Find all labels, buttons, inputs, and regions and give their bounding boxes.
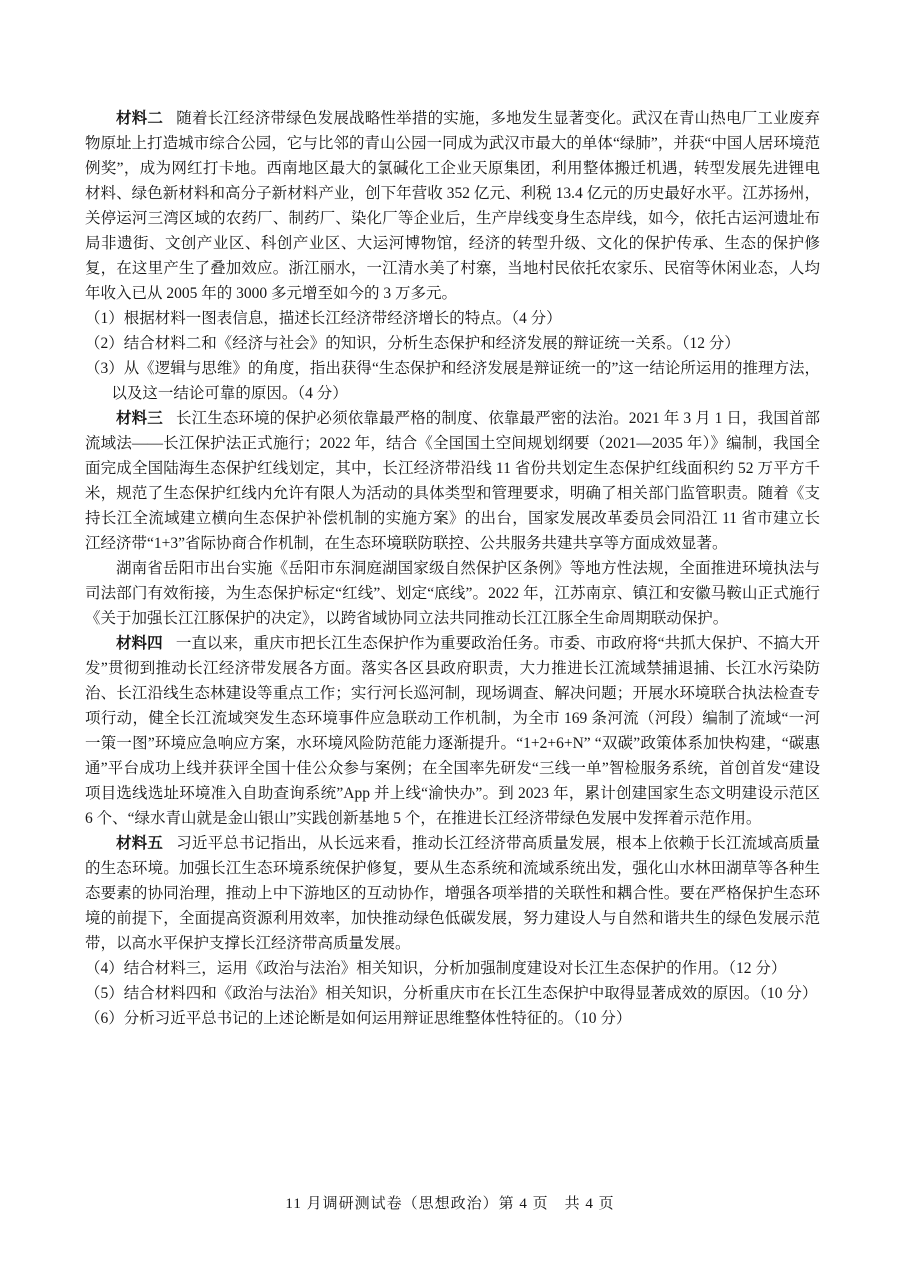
material-label: 材料四: [116, 635, 163, 652]
material-text: 习近平总书记指出，从长远来看，推动长江经济带高质量发展，根本上依赖于长江流域高质…: [85, 835, 820, 952]
question-text: （2）结合材料二和《经济与社会》的知识，分析生态保护和经济发展的辩证统一关系。（…: [85, 335, 740, 352]
question-item: （6）分析习近平总书记的上述论断是如何运用辩证思维整体性特征的。（10 分）: [85, 1006, 820, 1031]
material-paragraph: 材料三长江生态环境的保护必须依靠最严格的制度、依靠最严密的法治。2021 年 3…: [85, 406, 820, 556]
material-label: 材料五: [116, 835, 163, 852]
material-paragraph: 湖南省岳阳市出台实施《岳阳市东洞庭湖国家级自然保护区条例》等地方性法规，全面推进…: [85, 556, 820, 631]
material-text: 长江生态环境的保护必须依靠最严格的制度、依靠最严密的法治。2021 年 3 月 …: [85, 410, 820, 552]
material-label: 材料二: [116, 110, 163, 127]
question-item: （2）结合材料二和《经济与社会》的知识，分析生态保护和经济发展的辩证统一关系。（…: [85, 331, 820, 356]
question-text: （1）根据材料一图表信息，描述长江经济带经济增长的特点。（4 分）: [85, 310, 562, 327]
question-text: （6）分析习近平总书记的上述论断是如何运用辩证思维整体性特征的。（10 分）: [85, 1010, 631, 1027]
material-paragraph: 材料四一直以来，重庆市把长江生态保护作为重要政治任务。市委、市政府将“共抓大保护…: [85, 631, 820, 831]
question-text: （5）结合材料四和《政治与法治》相关知识，分析重庆市在长江生态保护中取得显著成效…: [85, 985, 817, 1002]
question-item: （4）结合材料三，运用《政治与法治》相关知识，分析加强制度建设对长江生态保护的作…: [85, 956, 820, 981]
material-paragraph: 材料二随着长江经济带绿色发展战略性举措的实施，多地发生显著变化。武汉在青山热电厂…: [85, 106, 820, 306]
page-footer: 11 月调研测试卷（思想政治）第 4 页 共 4 页: [0, 1192, 900, 1213]
material-paragraph: 材料五习近平总书记指出，从长远来看，推动长江经济带高质量发展，根本上依赖于长江流…: [85, 831, 820, 956]
material-text: 湖南省岳阳市出台实施《岳阳市东洞庭湖国家级自然保护区条例》等地方性法规，全面推进…: [85, 560, 820, 627]
question-text: （4）结合材料三，运用《政治与法治》相关知识，分析加强制度建设对长江生态保护的作…: [85, 960, 786, 977]
document-body: 材料二随着长江经济带绿色发展战略性举措的实施，多地发生显著变化。武汉在青山热电厂…: [85, 106, 820, 1031]
exam-page: 材料二随着长江经济带绿色发展战略性举措的实施，多地发生显著变化。武汉在青山热电厂…: [0, 0, 900, 1272]
question-item: （1）根据材料一图表信息，描述长江经济带经济增长的特点。（4 分）: [85, 306, 820, 331]
material-text: 随着长江经济带绿色发展战略性举措的实施，多地发生显著变化。武汉在青山热电厂工业废…: [85, 110, 820, 302]
question-item: （5）结合材料四和《政治与法治》相关知识，分析重庆市在长江生态保护中取得显著成效…: [85, 981, 820, 1006]
material-label: 材料三: [116, 410, 163, 427]
footer-text: 11 月调研测试卷（思想政治）第 4 页 共 4 页: [285, 1196, 614, 1212]
question-text: （3）从《逻辑与思维》的角度，指出获得“生态保护和经济发展是辩证统一的”这一结论…: [85, 360, 820, 402]
question-item: （3）从《逻辑与思维》的角度，指出获得“生态保护和经济发展是辩证统一的”这一结论…: [85, 356, 820, 406]
material-text: 一直以来，重庆市把长江生态保护作为重要政治任务。市委、市政府将“共抓大保护、不搞…: [85, 635, 820, 827]
